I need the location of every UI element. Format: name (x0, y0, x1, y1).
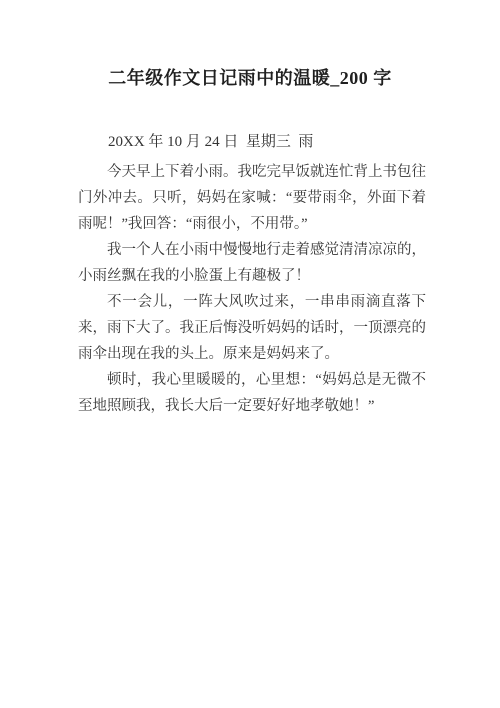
paragraph: 我一个人在小雨中慢慢地行走着感觉清清凉凉的，小雨丝飘在我的小脸蛋上有趣极了！ (78, 237, 426, 289)
document-page: 二年级作文日记雨中的温暖_200 字 20XX 年 10 月 24 日 星期三 … (0, 0, 500, 708)
paragraph: 不一会儿，一阵大风吹过来，一串串雨滴直落下来，雨下大了。我正后悔没听妈妈的话时，… (78, 289, 426, 367)
paragraph: 今天早上下着小雨。我吃完早饭就连忙背上书包往门外冲去。只听，妈妈在家喊：“要带雨… (78, 159, 426, 237)
date-line: 20XX 年 10 月 24 日 星期三 雨 (78, 129, 426, 155)
document-title: 二年级作文日记雨中的温暖_200 字 (0, 0, 500, 93)
paragraph: 顿时，我心里暖暖的，心里想：“妈妈总是无微不至地照顾我，我长大后一定要好好地孝敬… (78, 367, 426, 419)
document-body: 今天早上下着小雨。我吃完早饭就连忙背上书包往门外冲去。只听，妈妈在家喊：“要带雨… (78, 159, 426, 419)
